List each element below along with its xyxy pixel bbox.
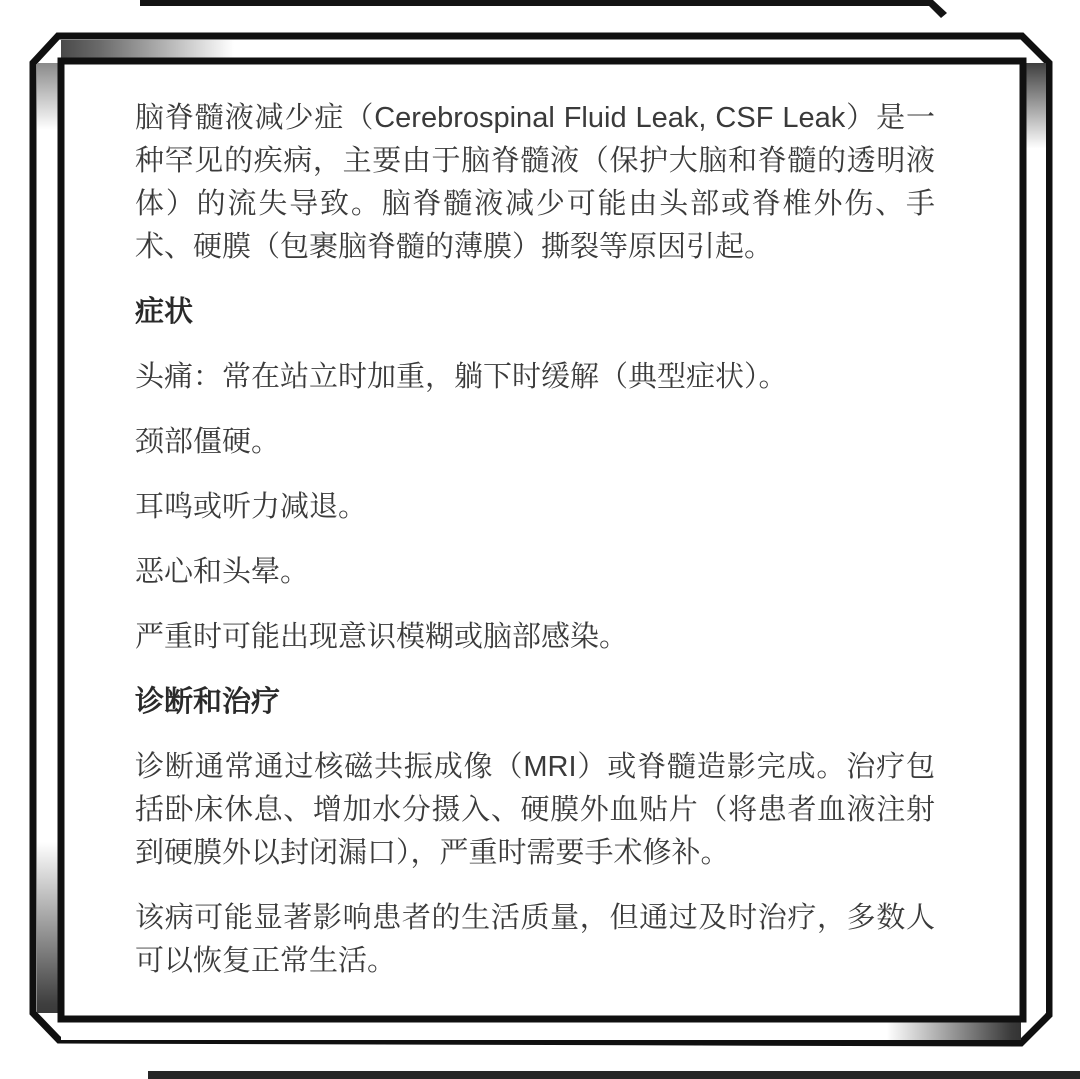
top-adjacent-frame-edge — [140, 0, 947, 18]
bottom-adjacent-frame-edge — [148, 1071, 1080, 1079]
paragraph: 诊断通常通过核磁共振成像（MRI）或脊髓造影完成。治疗包括卧床休息、增加水分摄入… — [135, 746, 935, 875]
paragraph: 恶心和头晕。 — [135, 551, 935, 594]
frame-bevel-right — [1025, 63, 1046, 1013]
paragraph: 严重时可能出现意识模糊或脑部感染。 — [135, 616, 935, 659]
paragraph: 该病可能显著影响患者的生活质量，但通过及时治疗，多数人可以恢复正常生活。 — [135, 897, 935, 983]
article-card: 脑脊髓液减少症（Cerebrospinal Fluid Leak, CSF Le… — [0, 0, 1080, 1079]
article-body: 脑脊髓液减少症（Cerebrospinal Fluid Leak, CSF Le… — [135, 97, 935, 1005]
paragraph: 头痛：常在站立时加重，躺下时缓解（典型症状）。 — [135, 356, 935, 399]
paragraph: 颈部僵硬。 — [135, 421, 935, 464]
section-heading: 诊断和治疗 — [135, 681, 935, 724]
paragraph: 耳鸣或听力减退。 — [135, 486, 935, 529]
paragraph: 脑脊髓液减少症（Cerebrospinal Fluid Leak, CSF Le… — [135, 97, 935, 269]
section-heading: 症状 — [135, 291, 935, 334]
frame-bevel-left — [37, 63, 58, 1013]
frame-bevel-bottom — [61, 1021, 1021, 1040]
